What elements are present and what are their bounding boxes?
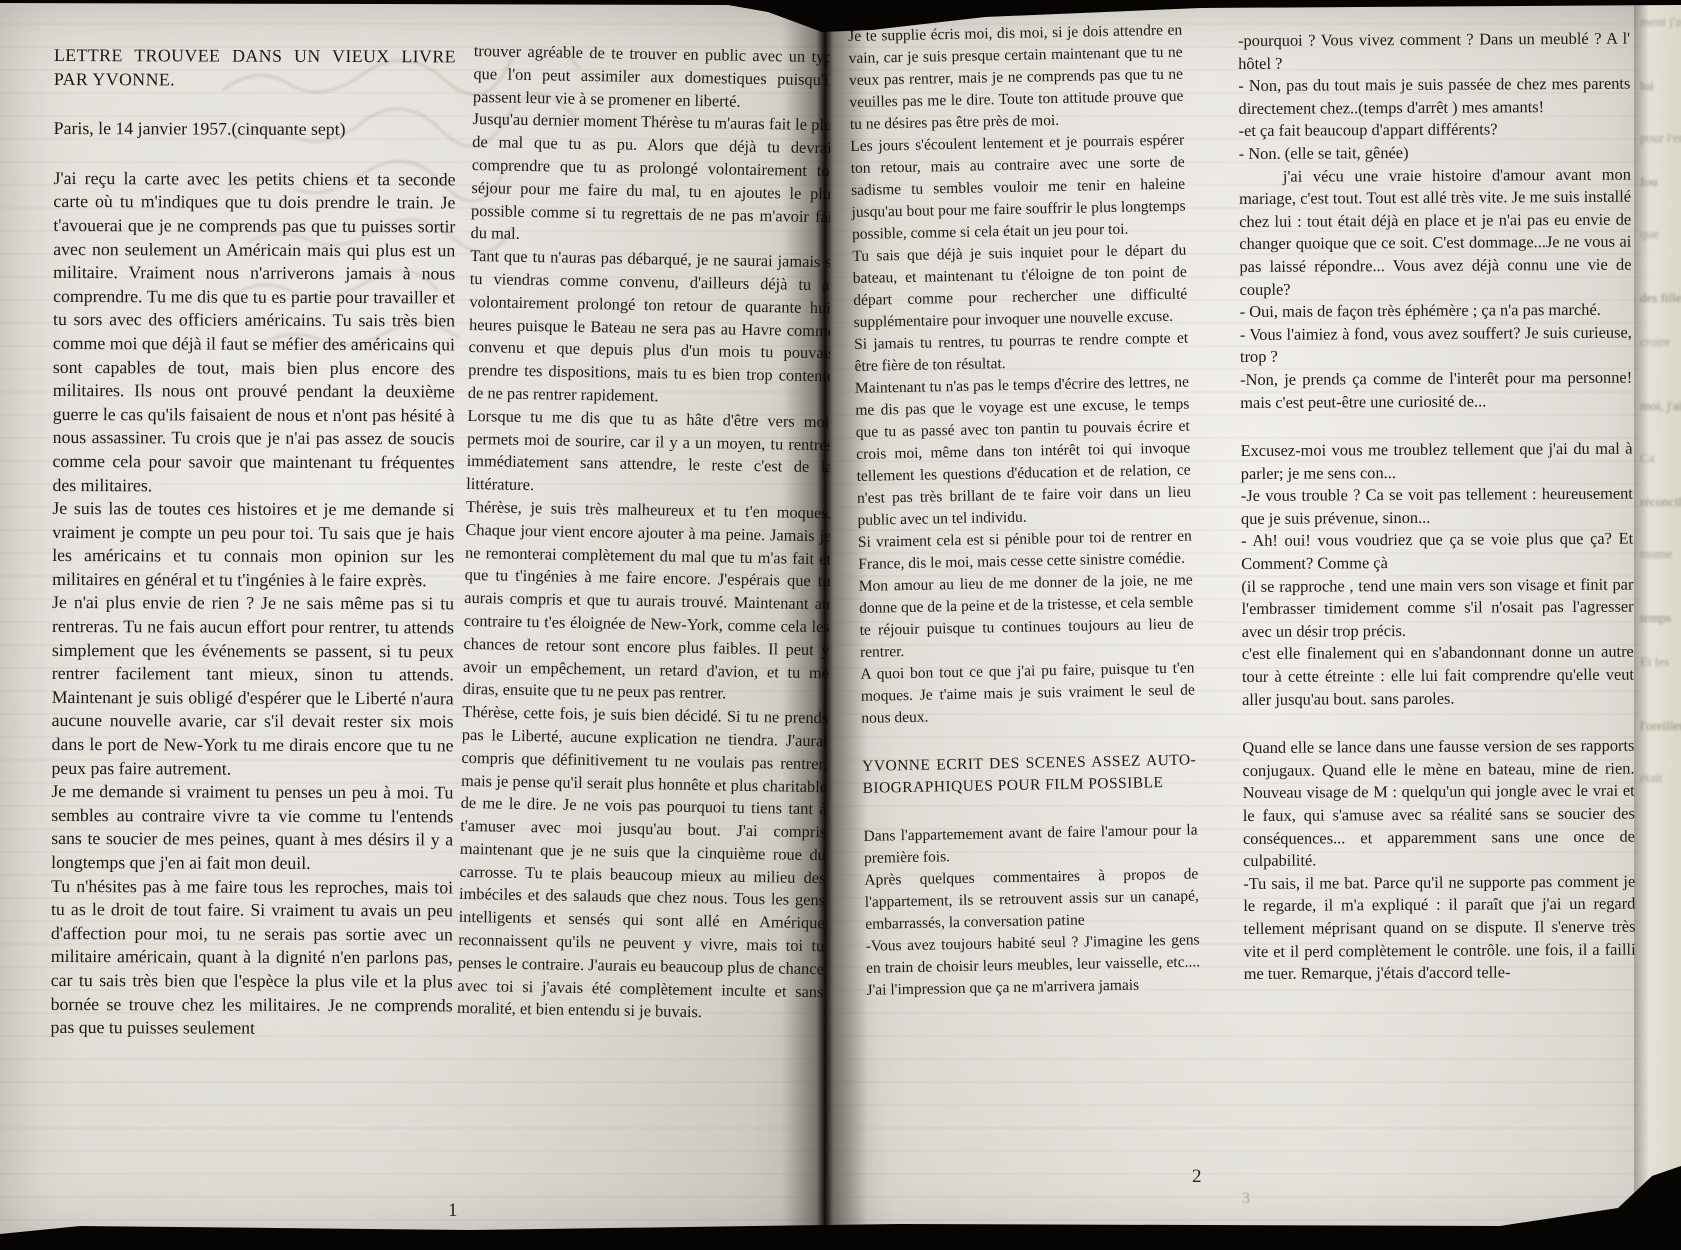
bleed-through-text-fragment: Ca xyxy=(1640,450,1681,466)
paragraph: Thérèse, je suis très malheureux et tu t… xyxy=(462,496,830,708)
paragraph: Maintenant tu n'as pas le temps d'écrire… xyxy=(855,372,1192,532)
paragraph: Si jamais tu rentres, tu pourras te rend… xyxy=(854,328,1189,378)
paragraph-gap xyxy=(54,141,456,168)
paragraph: Dans l'appartemement avant de faire l'am… xyxy=(863,819,1198,869)
book-scan: LETTRE TROUVEE DANS UN VIEUX LIVRE PAR Y… xyxy=(0,0,1681,1250)
paragraph: - Oui, mais de façon très éphémère ; ça … xyxy=(1240,299,1632,324)
bleed-through-text-fragment: était xyxy=(1640,770,1681,786)
bleed-through-text-fragment: des filles xyxy=(1640,290,1681,306)
paragraph: j'ai vécu une vraie histoire d'amour ava… xyxy=(1239,163,1632,301)
paragraph: A quoi bon tout ce que j'ai pu faire, pu… xyxy=(860,657,1195,729)
paragraph: Mon amour au lieu de me donner de la joi… xyxy=(859,569,1195,663)
paragraph-gap xyxy=(1240,412,1632,440)
paragraph: - Ah! oui! vous voudriez que ça se voie … xyxy=(1241,528,1633,576)
page-number-1: 1 xyxy=(448,1200,458,1222)
paragraph: -Non, je prends ça comme de l'interêt po… xyxy=(1240,367,1632,415)
paragraph: Je me demande si vraiment tu penses un p… xyxy=(51,780,453,876)
paragraph-gap xyxy=(54,91,456,118)
page1-column-2: trouver agréable de te trouver en public… xyxy=(457,40,830,1027)
paragraph: trouver agréable de te trouver en public… xyxy=(473,40,830,115)
bleed-through-text-fragment: croire xyxy=(1640,334,1681,350)
bleed-through-text-fragment: l'oreiller xyxy=(1640,718,1681,734)
paragraph: Tant que tu n'auras pas débarqué, je ne … xyxy=(468,245,830,411)
paragraph: Si vraiment cela est si pénible pour toi… xyxy=(858,525,1193,575)
paragraph-gap xyxy=(1242,709,1634,737)
paragraph: -Vous avez toujours habité seul ? J'imag… xyxy=(865,929,1200,1001)
next-page-edge: ment j'avaisluipour l'encoufouquedes fil… xyxy=(1634,0,1681,1250)
bleed-through-text-fragment: que xyxy=(1640,226,1681,242)
paragraph: Excusez-moi vous me troublez tellement q… xyxy=(1241,438,1633,486)
bleed-through-text-fragment: fou xyxy=(1640,174,1681,190)
paragraph: Je suis las de toutes ces histoires et j… xyxy=(52,497,454,593)
bleed-through-text-fragment: moi, j'ai pas xyxy=(1640,398,1681,414)
section-heading: YVONNE ECRIT DES SCENES ASSEZ AUTO-BIOGR… xyxy=(862,749,1197,799)
bleed-through-text-fragment: pour l'encou xyxy=(1640,130,1681,146)
paragraph: Je te supplie écris moi, dis moi, si je … xyxy=(848,20,1184,136)
bleed-through-text-fragment: temps xyxy=(1640,610,1681,626)
page2-column-1: Je te supplie écris moi, dis moi, si je … xyxy=(848,20,1201,1002)
paragraph: Thérèse, cette fois, je suis bien décidé… xyxy=(457,701,829,1026)
paragraph: - Non. (elle se tait, gênée) xyxy=(1239,141,1631,166)
bleed-through-text-fragment: mome xyxy=(1640,546,1681,562)
paragraph: - Vous l'aimiez à fond, vous avez souffe… xyxy=(1240,321,1632,369)
paragraph: Jusqu'au dernier moment Thérèse tu m'aur… xyxy=(470,108,830,251)
paragraph: Après quelques commentaires à propos de … xyxy=(864,863,1199,935)
paragraph: Lorsque tu me dis que tu as hâte d'être … xyxy=(466,405,830,503)
page1-column-1: LETTRE TROUVEE DANS UN VIEUX LIVRE PAR Y… xyxy=(51,44,456,1041)
paragraph: - Non, pas du tout mais je suis passée d… xyxy=(1238,73,1630,121)
paragraph: J'ai reçu la carte avec les petits chien… xyxy=(52,167,455,499)
paragraph: Quand elle se lance dans une fausse vers… xyxy=(1242,735,1635,873)
paragraph: Tu n'hésites pas à me faire tous les rep… xyxy=(51,875,454,1042)
page2-column-2: -pourquoi ? Vous vivez comment ? Dans un… xyxy=(1238,28,1636,986)
paragraph: -pourquoi ? Vous vivez comment ? Dans un… xyxy=(1238,28,1630,76)
paragraph: -et ça fait beaucoup d'appart différents… xyxy=(1239,118,1631,143)
bleed-through-text-fragment: réconcil xyxy=(1640,494,1681,510)
paragraph: Les jours s'écoulent lentement et je pou… xyxy=(850,130,1186,246)
bleed-through-text-fragment: ment j'avais xyxy=(1640,14,1681,30)
paragraph: (il se rapproche , tend une main vers so… xyxy=(1241,573,1633,643)
paragraph: -Tu sais, il me bat. Parce qu'il ne supp… xyxy=(1243,870,1636,985)
paragraph: Je n'ai plus envie de rien ? Je ne sais … xyxy=(51,591,454,781)
page-number-3-ghost: 3 xyxy=(1242,1190,1250,1208)
section-heading: LETTRE TROUVEE DANS UN VIEUX LIVRE PAR Y… xyxy=(54,44,456,93)
page-1: LETTRE TROUVEE DANS UN VIEUX LIVRE PAR Y… xyxy=(0,0,830,1250)
paragraph: Tu sais que déjà je suis inquiet pour le… xyxy=(852,240,1188,334)
bleed-through-text-fragment: lui xyxy=(1640,78,1681,94)
paragraph: c'est elle finalement qui en s'abandonna… xyxy=(1242,641,1634,711)
page-number-2: 2 xyxy=(1192,1166,1202,1188)
paragraph: -Je vous trouble ? Ca se voit pas tellem… xyxy=(1241,483,1633,531)
paragraph: Paris, le 14 janvier 1957.(cinquante sep… xyxy=(54,117,456,142)
bleed-through-text-fragment: Et les xyxy=(1640,654,1681,670)
page-2: Je te supplie écris moi, dis moi, si je … xyxy=(830,0,1681,1250)
